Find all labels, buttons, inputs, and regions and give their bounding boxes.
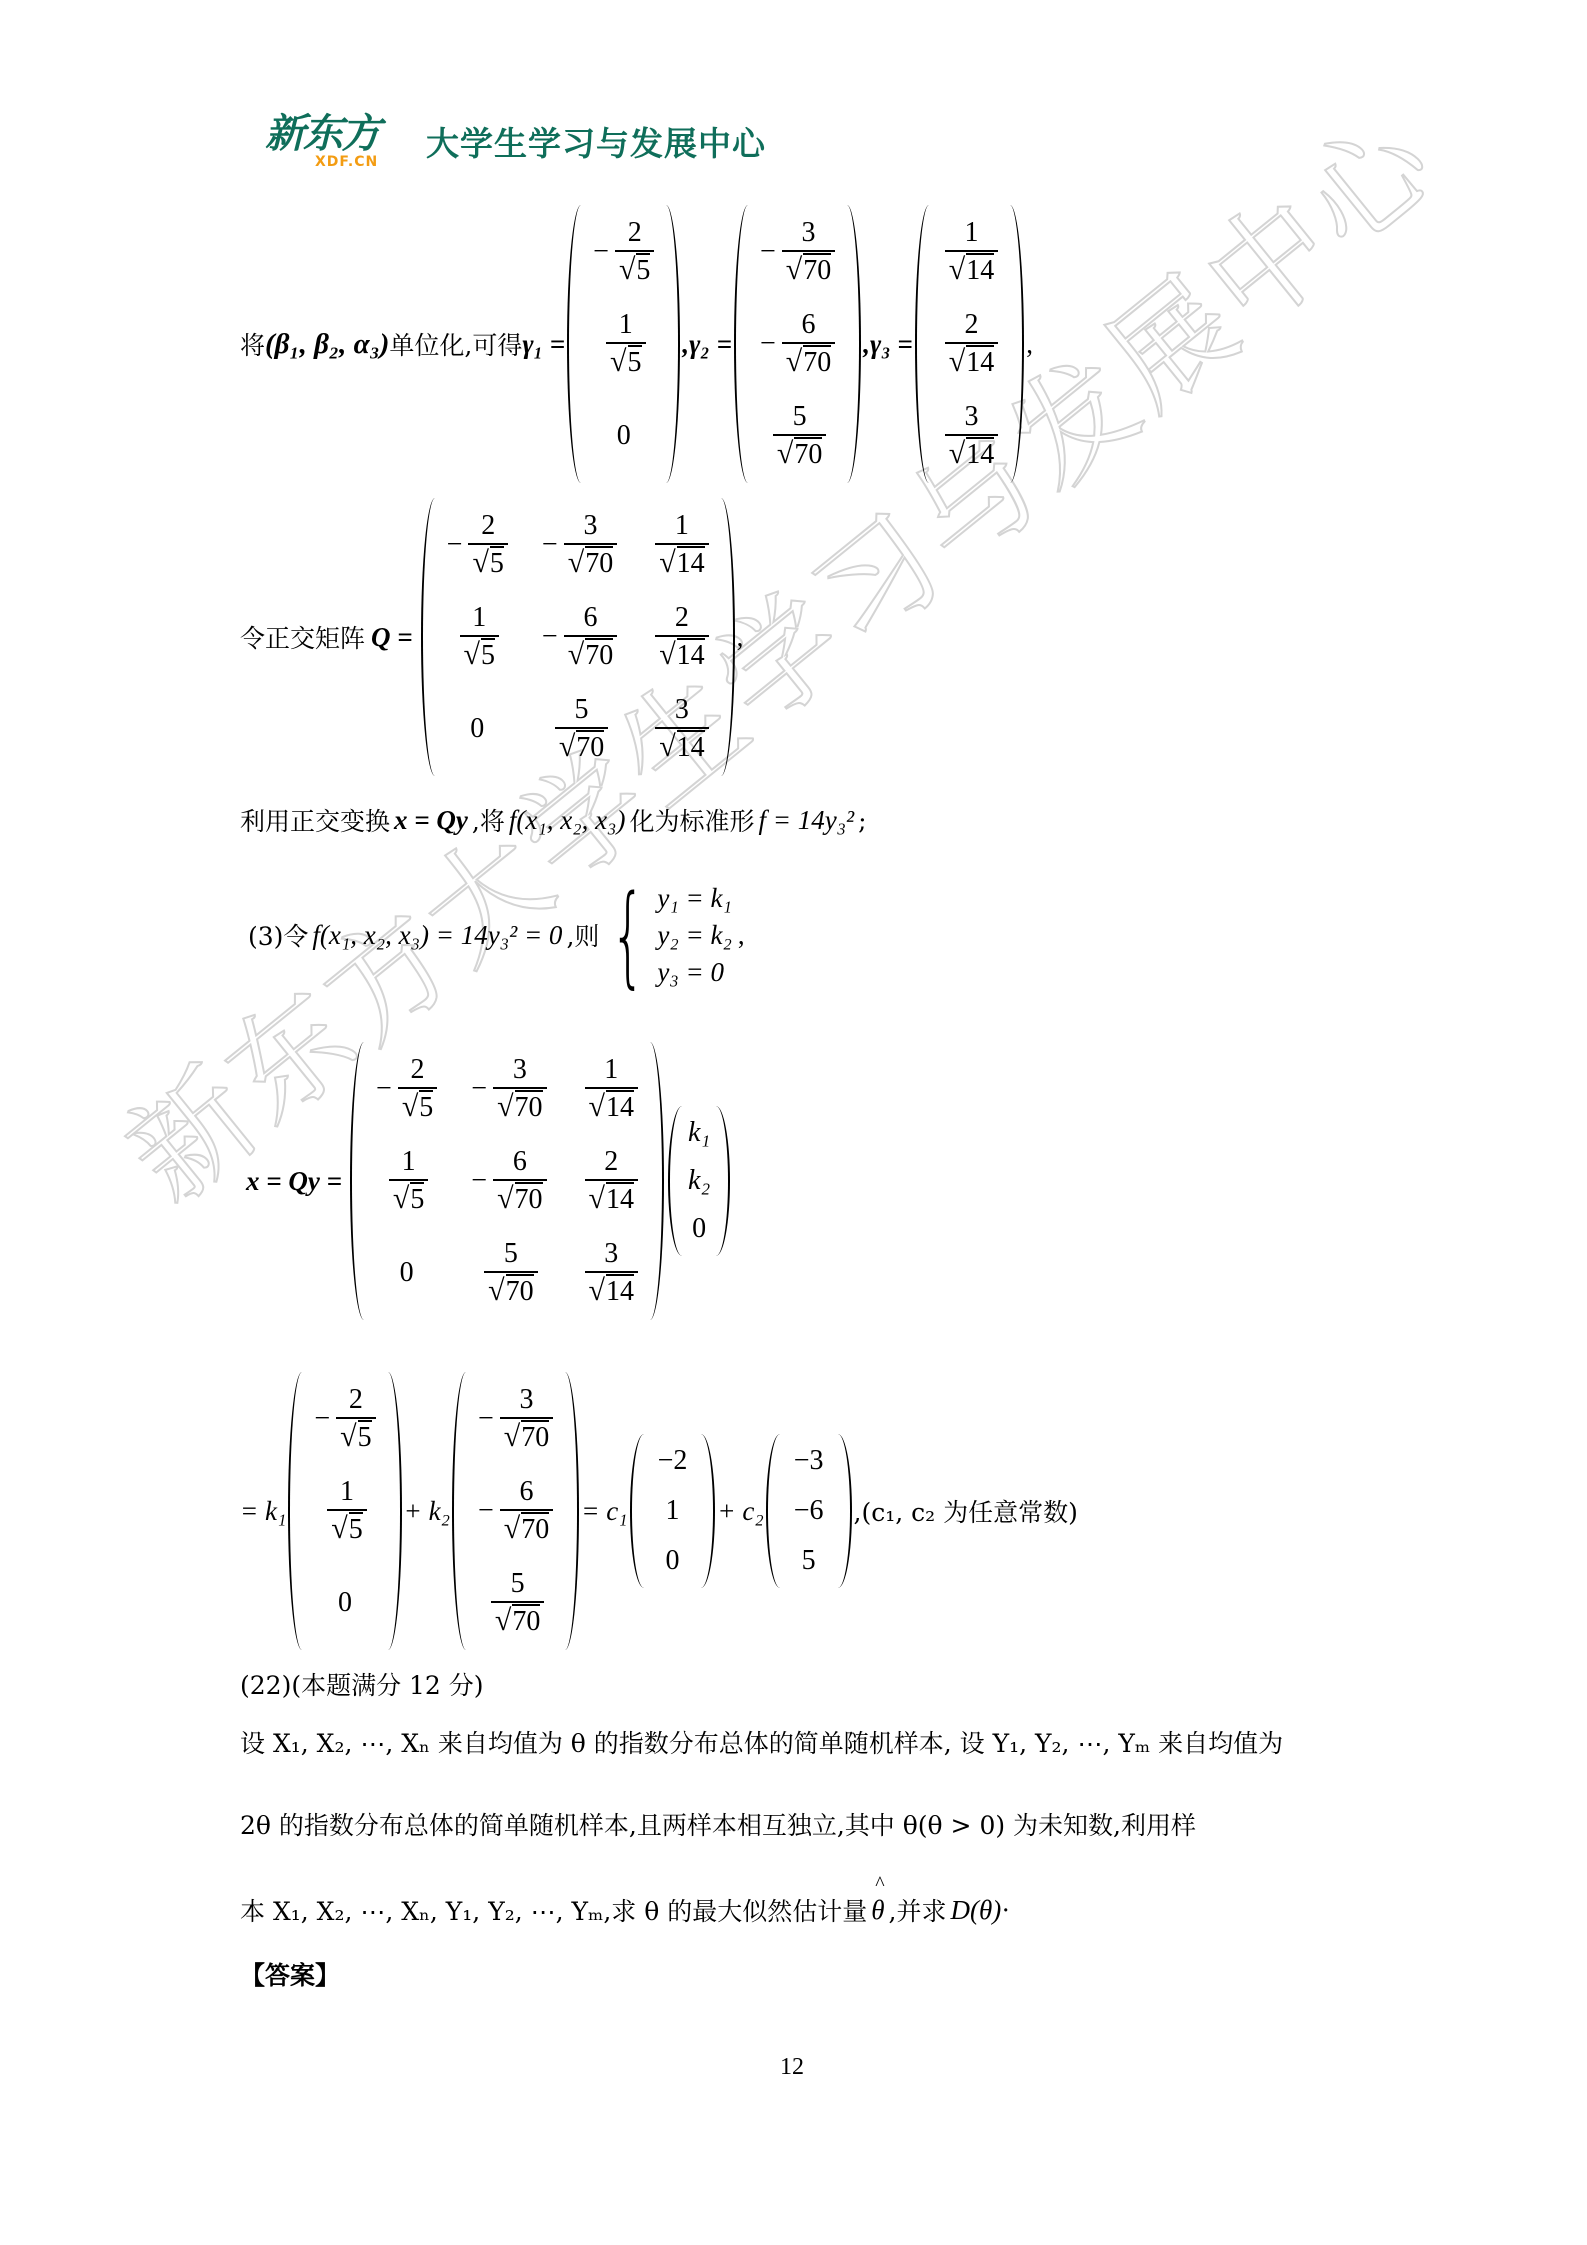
gamma3-label: ,γ₃ = <box>863 329 913 360</box>
left-brace: { <box>611 880 646 990</box>
plus-c2: + c₂ <box>717 1496 763 1527</box>
matrix-entry: 1√14 <box>581 1048 638 1130</box>
zero: 0 <box>692 1206 706 1252</box>
matrix-entry: 0 <box>470 688 484 770</box>
answer-label-line: 【答案】 <box>240 1956 340 1992</box>
matrix-entry: −2√5 <box>314 1378 375 1460</box>
matrix-entry: −6√70 <box>760 303 835 385</box>
c2-entry: 5 <box>802 1538 816 1584</box>
gamma3-vector: 1√142√143√14 <box>915 205 1024 483</box>
combination-line: = k₁ −2√51√50 + k₂ −3√70−6√705√70 = c₁ −… <box>240 1372 1078 1650</box>
text-normalize: 单位化,可得 <box>389 326 522 362</box>
standard-form: f = 14y₃² <box>758 805 854 836</box>
semicolon: ; <box>858 806 866 835</box>
part3-equation: f(x₁, x₂, x₃) = 14y₃² = 0 <box>312 920 562 951</box>
problem-title: (22)(本题满分 12 分) <box>240 1666 484 1702</box>
problem-text: ,并求 <box>889 1892 947 1928</box>
equation-system: y₁ = k₁ y₂ = k₂ y₃ = 0 <box>657 883 731 988</box>
gamma2-vector: −3√70−6√705√70 <box>734 205 861 483</box>
matrix-entry: 1√5 <box>456 596 499 678</box>
page-number: 12 <box>780 2054 804 2081</box>
problem-text: 本 X₁, X₂, ⋯, Xₙ, Y₁, Y₂, ⋯, Yₘ,求 θ 的最大似然… <box>240 1892 867 1928</box>
part3-label: (3)令 <box>248 917 308 953</box>
logo-chinese: 新东方 <box>265 110 379 158</box>
normalize-line: 将 (β₁, β₂, α₃) 单位化,可得 γ₁ = −2√51√50 ,γ₂ … <box>240 205 1033 483</box>
variance-expr: D(θ) <box>950 1895 1001 1926</box>
matrix-entry: −6√70 <box>471 1140 546 1222</box>
q-matrix-2: −2√5−3√701√141√5−6√702√1405√703√14 <box>350 1042 664 1320</box>
logo-english: XDF.CN <box>315 154 378 170</box>
matrix-entry: 0 <box>617 395 631 477</box>
matrix-entry: 1√5 <box>602 303 645 385</box>
gamma2-vector-2: −3√70−6√705√70 <box>452 1372 579 1650</box>
gamma1-vector-2: −2√51√50 <box>288 1372 401 1650</box>
function-f: f(x₁, x₂, x₃) <box>509 805 626 836</box>
eq-k1: = k₁ <box>240 1496 286 1527</box>
matrix-entry: −3√70 <box>542 504 617 586</box>
c1-entry: 0 <box>665 1538 679 1584</box>
trailing-comma: , <box>737 622 744 653</box>
transform-eq: x = Qy <box>394 805 468 836</box>
trailing-comma: , <box>1026 329 1033 360</box>
matrix-entry: 5√70 <box>769 395 826 477</box>
eq-c1: = c₁ <box>581 1496 627 1527</box>
matrix-entry: 0 <box>400 1232 414 1314</box>
gamma1-label: γ₁ = <box>522 329 565 360</box>
text-standard-form: 化为标准形 <box>629 802 754 838</box>
matrix-entry: 1√5 <box>323 1470 366 1552</box>
gamma1-vector: −2√51√50 <box>567 205 680 483</box>
matrix-entry: 2√14 <box>941 303 998 385</box>
part3-line: (3)令 f(x₁, x₂, x₃) = 14y₃² = 0 ,则 { y₁ =… <box>248 880 745 990</box>
matrix-entry: 2√14 <box>651 596 708 678</box>
matrix-entry: −2√5 <box>376 1048 437 1130</box>
matrix-entry: −6√70 <box>478 1470 553 1552</box>
matrix-entry: 1√14 <box>651 504 708 586</box>
problem-22-line3: 本 X₁, X₂, ⋯, Xₙ, Y₁, Y₂, ⋯, Yₘ,求 θ 的最大似然… <box>240 1892 1010 1928</box>
vector-set: (β₁, β₂, α₃) <box>265 328 389 361</box>
problem-22-title: (22)(本题满分 12 分) <box>240 1666 484 1702</box>
problem-22-line1: 设 X₁, X₂, ⋯, Xₙ 来自均值为 θ 的指数分布总体的简单随机样本, … <box>240 1724 1283 1760</box>
matrix-entry: −3√70 <box>760 211 835 293</box>
matrix-entry: 3√14 <box>941 395 998 477</box>
matrix-entry: 5√70 <box>480 1232 537 1314</box>
matrix-entry: −3√70 <box>471 1048 546 1130</box>
q-label: Q = <box>371 622 413 653</box>
problem-text: 设 X₁, X₂, ⋯, Xₙ 来自均值为 θ 的指数分布总体的简单随机样本, … <box>240 1724 1283 1760</box>
constants-note: ,(c₁, c₂ 为任意常数) <box>854 1493 1078 1529</box>
c2-vector: −3 −6 5 <box>766 1434 852 1588</box>
matrix-entry: 2√14 <box>581 1140 638 1222</box>
c2-entry: −6 <box>794 1488 824 1534</box>
matrix-entry: 1√5 <box>385 1140 428 1222</box>
k1: k₁ <box>688 1110 710 1156</box>
eq-y2: y₂ = k₂ <box>657 920 731 951</box>
answer-label: 【答案】 <box>240 1956 340 1992</box>
q-matrix-line: 令正交矩阵 Q = −2√5−3√701√141√5−6√702√1405√70… <box>240 498 743 776</box>
problem-22-line2: 2θ 的指数分布总体的简单随机样本,且两样本相互独立,其中 θ(θ > 0) 为… <box>240 1806 1196 1842</box>
matrix-entry: −2√5 <box>593 211 654 293</box>
q-matrix: −2√5−3√701√141√5−6√702√1405√703√14 <box>421 498 735 776</box>
xqy-label: x = Qy = <box>246 1166 342 1197</box>
trailing-comma: , <box>738 920 745 951</box>
matrix-entry: −3√70 <box>478 1378 553 1460</box>
text-prefix: 将 <box>240 326 265 362</box>
text-jiang: ,将 <box>472 802 505 838</box>
k-vector: k₁ k₂ 0 <box>668 1106 730 1256</box>
plus-k2: + k₂ <box>404 1496 450 1527</box>
matrix-entry: −6√70 <box>542 596 617 678</box>
text-q-intro: 令正交矩阵 <box>240 619 365 655</box>
matrix-entry: 5√70 <box>551 688 608 770</box>
xqy-line: x = Qy = −2√5−3√701√141√5−6√702√1405√703… <box>246 1042 732 1320</box>
c1-vector: −2 1 0 <box>630 1434 716 1588</box>
eq-y1: y₁ = k₁ <box>657 883 731 914</box>
c2-entry: −3 <box>794 1438 824 1484</box>
xdf-logo: 新东方 XDF.CN <box>265 110 435 172</box>
problem-text: 2θ 的指数分布总体的简单随机样本,且两样本相互独立,其中 θ(θ > 0) 为… <box>240 1806 1196 1842</box>
matrix-entry: 3√14 <box>581 1232 638 1314</box>
c1-entry: −2 <box>658 1438 688 1484</box>
gamma2-label: ,γ₂ = <box>682 329 732 360</box>
matrix-entry: 0 <box>338 1562 352 1644</box>
center-name: 大学生学习与发展中心 <box>426 118 766 165</box>
text-then: ,则 <box>566 917 599 953</box>
k2: k₂ <box>688 1158 710 1204</box>
matrix-entry: 3√14 <box>651 688 708 770</box>
eq-y3: y₃ = 0 <box>657 957 731 988</box>
transform-line: 利用正交变换 x = Qy ,将 f(x₁, x₂, x₃) 化为标准形 f =… <box>240 802 867 838</box>
period: · <box>1001 1895 1010 1926</box>
matrix-entry: 5√70 <box>487 1562 544 1644</box>
c1-entry: 1 <box>665 1488 679 1534</box>
matrix-entry: 1√14 <box>941 211 998 293</box>
text-transform: 利用正交变换 <box>240 802 390 838</box>
theta-hat: θ <box>871 1895 884 1926</box>
matrix-entry: −2√5 <box>447 504 508 586</box>
